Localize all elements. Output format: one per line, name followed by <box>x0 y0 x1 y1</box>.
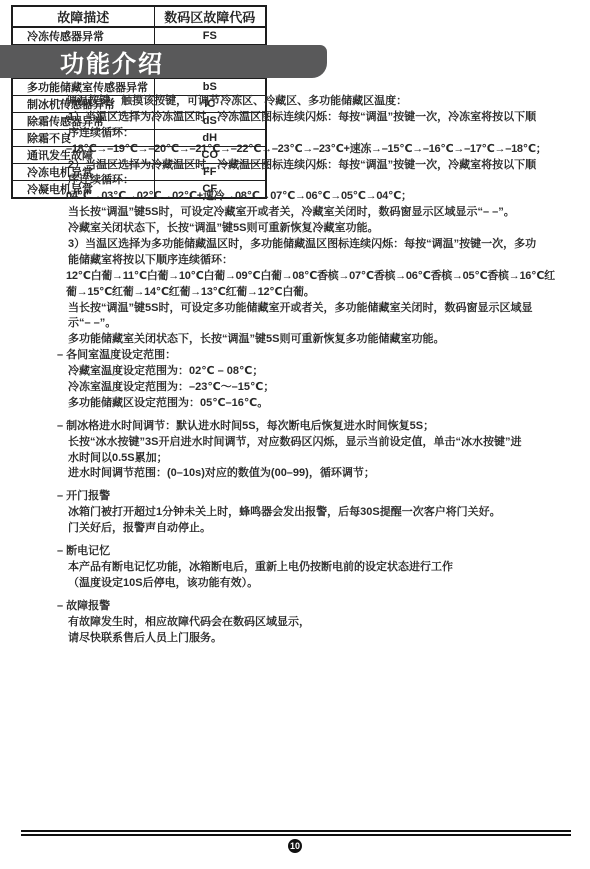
manual-page: 功能介绍 – 调温按键：触摸该按键，可调节冷冻区、冷藏区、多功能储藏区温度：1）… <box>0 0 590 869</box>
table-row: 多功能储藏室传感器异常bS <box>12 79 266 96</box>
text-line: 能储藏室将按以下顺序连续循环： <box>57 253 575 269</box>
text-line: 请尽快联系售后人员上门服务。 <box>57 631 575 647</box>
text-line: – 制冰格进水时间调节：默认进水时间5S，每次断电后恢复进水时间恢复5S； <box>57 419 575 435</box>
footer-double-rule <box>21 830 571 836</box>
text-line: 多功能储藏室关闭状态下，长按“调温”键5S则可重新恢复多功能储藏室功能。 <box>57 332 575 348</box>
text-line: 冰箱门被打开超过1分钟未关上时，蜂鸣器会发出报警，后每30S提醒一次客户将门关好… <box>57 505 575 521</box>
fault-description-cell: 冷冻传感器异常 <box>12 27 154 45</box>
body-text: – 调温按键：触摸该按键，可调节冷冻区、冷藏区、多功能储藏区温度：1）当温区选择… <box>57 94 575 646</box>
table-row: 冷冻传感器异常FS <box>12 27 266 45</box>
text-line: 多功能储藏区设定范围为：05℃–16℃。 <box>57 396 575 412</box>
text-line: 有故障发生时，相应故障代码会在数码区域显示， <box>57 615 575 631</box>
section-header-bar: 功能介绍 <box>0 45 327 78</box>
text-line: – 开门报警 <box>57 489 575 505</box>
text-line: – 断电记忆 <box>57 544 575 560</box>
fault-description-header: 故障描述 <box>12 6 154 27</box>
fault-code-cell: bS <box>154 79 266 96</box>
text-line: – 调温按键：触摸该按键，可调节冷冻区、冷藏区、多功能储藏区温度： <box>57 94 575 110</box>
text-line: 序连续循环： <box>57 173 575 189</box>
text-line: 04℃→03℃→02℃→02℃+速冷→08℃→07℃→06℃→05℃→04℃； <box>57 189 575 205</box>
text-line: – 故障报警 <box>57 599 575 615</box>
text-line: 当长按“调温”键5S时，可设定冷藏室开或者关，冷藏室关闭时，数码窗显示区域显示“… <box>57 205 575 221</box>
text-line: 冷藏室关闭状态下，长按“调温”键5S则可重新恢复冷藏室功能。 <box>57 221 575 237</box>
text-line: –18℃→–19℃→–20℃→–21℃→–22℃→–23℃→–23℃+速冻→–1… <box>57 142 575 158</box>
fault-code-header: 数码区故障代码 <box>154 6 266 27</box>
text-line: 示“– –”。 <box>57 316 575 332</box>
text-line: 冷藏室温度设定范围为：02℃ – 08℃； <box>57 364 575 380</box>
text-line: 1）当温区选择为冷冻温区时，冷冻温区图标连续闪烁：每按“调温”按键一次，冷冻室将… <box>57 110 575 126</box>
text-line: 冷冻室温度设定范围为：–23℃～–15℃； <box>57 380 575 396</box>
table-header-row: 故障描述 数码区故障代码 <box>12 6 266 27</box>
text-line: 当长按“调温”键5S时，可设定多功能储藏室开或者关，多功能储藏室关闭时，数码窗显… <box>57 301 575 317</box>
page-number-badge: 10 <box>288 839 302 853</box>
text-line: 序连续循环： <box>57 126 575 142</box>
text-line: 长按“冰水按键”3S开启进水时间调节，对应数码区闪烁，显示当前设定值，单击“冰水… <box>57 435 575 451</box>
text-line: 葡→15℃红葡→14℃红葡→13℃红葡→12℃白葡。 <box>57 285 575 301</box>
text-line: 水时间以0.5S累加； <box>57 451 575 467</box>
text-line: （温度设定10S后停电，该功能有效）。 <box>57 576 575 592</box>
page-title: 功能介绍 <box>0 44 164 79</box>
text-line: 进水时间调节范围：(0–10s)对应的数值为(00–99)，循环调节； <box>57 466 575 482</box>
text-line: 12℃白葡→11℃白葡→10℃白葡→09℃白葡→08℃香槟→07℃香槟→06℃香… <box>57 269 575 285</box>
text-line: 门关好后，报警声自动停止。 <box>57 521 575 537</box>
fault-description-cell: 多功能储藏室传感器异常 <box>12 79 154 96</box>
text-line: – 各间室温度设定范围： <box>57 348 575 364</box>
text-line: 3）当温区选择为多功能储藏温区时，多功能储藏温区图标连续闪烁：每按“调温”按键一… <box>57 237 575 253</box>
fault-code-cell: FS <box>154 27 266 45</box>
text-line: 2）当温区选择为冷藏温区时，冷藏温区图标连续闪烁：每按“调温”按键一次，冷藏室将… <box>57 158 575 174</box>
text-line: 本产品有断电记忆功能，冰箱断电后，重新上电仍按断电前的设定状态进行工作 <box>57 560 575 576</box>
